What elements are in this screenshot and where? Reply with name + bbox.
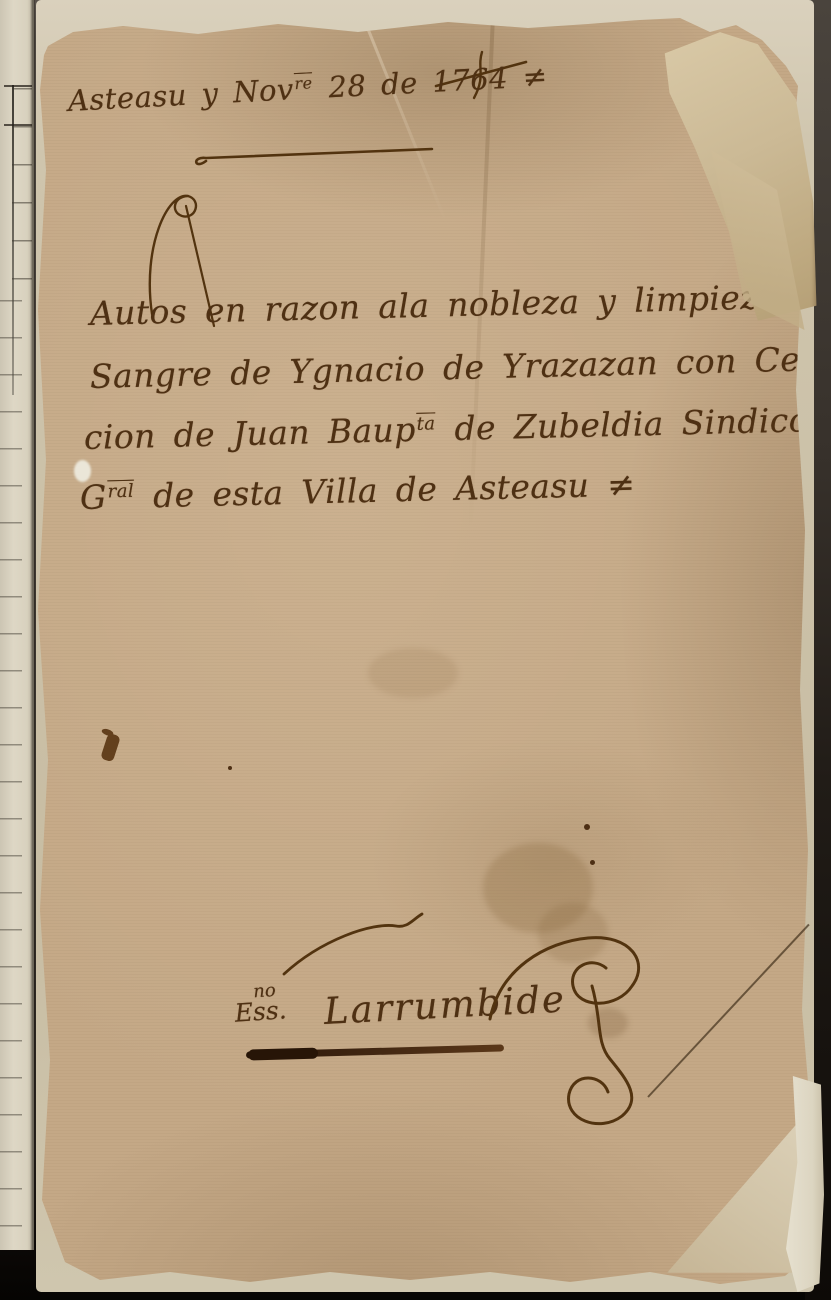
ink-blot (100, 733, 121, 763)
heading-superscript: re (294, 74, 313, 94)
signature-underline-blot (246, 1044, 504, 1058)
escribano-abbreviation: no Ess. (233, 980, 288, 1024)
diagonal-crease (358, 7, 447, 221)
rubric-flourish-icon (470, 924, 660, 1129)
line-text (637, 464, 638, 503)
signature-swash-icon (276, 910, 428, 982)
line-text: de esta Villa de Asteasu ≠ (135, 464, 636, 515)
line-superscript: ta (416, 414, 435, 435)
ledger-rule-ticks-upper (12, 88, 32, 300)
ledger-rule-ticks (0, 300, 22, 1230)
heading-underline-stroke (190, 144, 442, 172)
text-line-4: Gral de esta Villa de Asteasu ≠ (80, 464, 638, 517)
line-text: G (80, 477, 108, 517)
text-line-2: Sangre de Ygnacio de Yrazazan con Certa- (90, 338, 831, 396)
heading-place-date: Asteasu y Novre 28 de 1764 ≠ (67, 59, 548, 118)
page-gap-shadow (30, 0, 35, 1250)
ledger-page-left (0, 0, 34, 1250)
manuscript-page: Asteasu y Novre 28 de 1764 ≠ Autos en ra… (28, 8, 820, 1294)
paper-stain (368, 648, 458, 698)
ledger-rule-line (4, 85, 32, 87)
line-superscript: ral (107, 481, 134, 503)
ink-speck (590, 860, 595, 865)
line-superscript (636, 469, 637, 490)
scanned-document-photo: Asteasu y Novre 28 de 1764 ≠ Autos en ra… (0, 0, 831, 1300)
text-line-3: cion de Juan Baupta de Zubeldia Sindico … (84, 398, 831, 457)
ink-speck (584, 824, 590, 830)
line-text: de Zubeldia Sindico Pro (436, 398, 831, 448)
escribano-abbr-text: Ess. (234, 995, 288, 1028)
line-text: cion de Juan Baup (84, 410, 417, 457)
ink-speck (228, 766, 232, 770)
line-text: Sangre de Ygnacio de Yrazazan con Certa- (90, 338, 831, 396)
heading-text: Asteasu y Nov (67, 72, 295, 118)
